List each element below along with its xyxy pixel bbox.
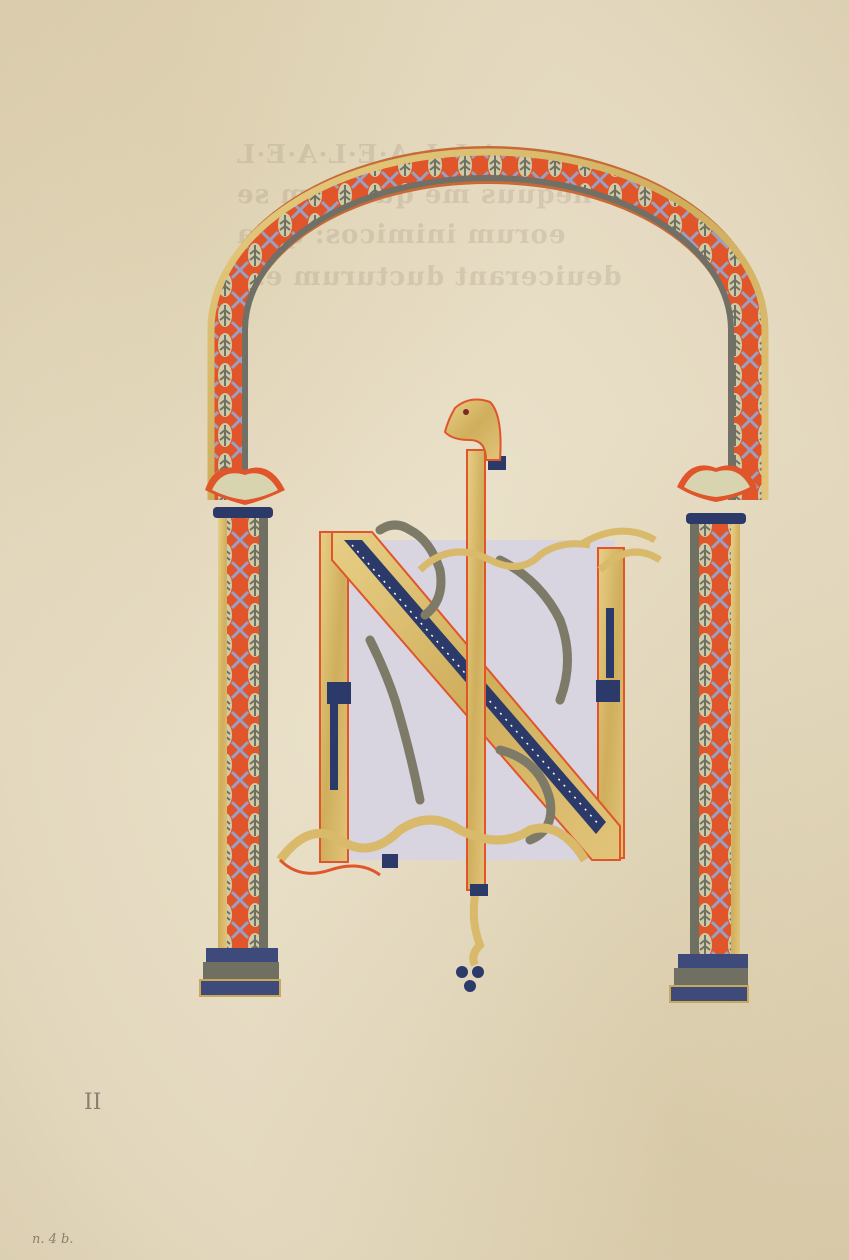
manuscript-page: A·L·L·A·E·L·A·E·L nequus me quoniam se e… — [0, 0, 849, 1260]
roman-numeral-annotation: II — [84, 1090, 101, 1115]
folio-mark-annotation: n. 4 b. — [32, 1232, 74, 1247]
right-column — [670, 465, 757, 1002]
decorated-initial-n — [280, 400, 660, 992]
left-column — [200, 468, 285, 997]
illumination — [0, 0, 849, 1260]
